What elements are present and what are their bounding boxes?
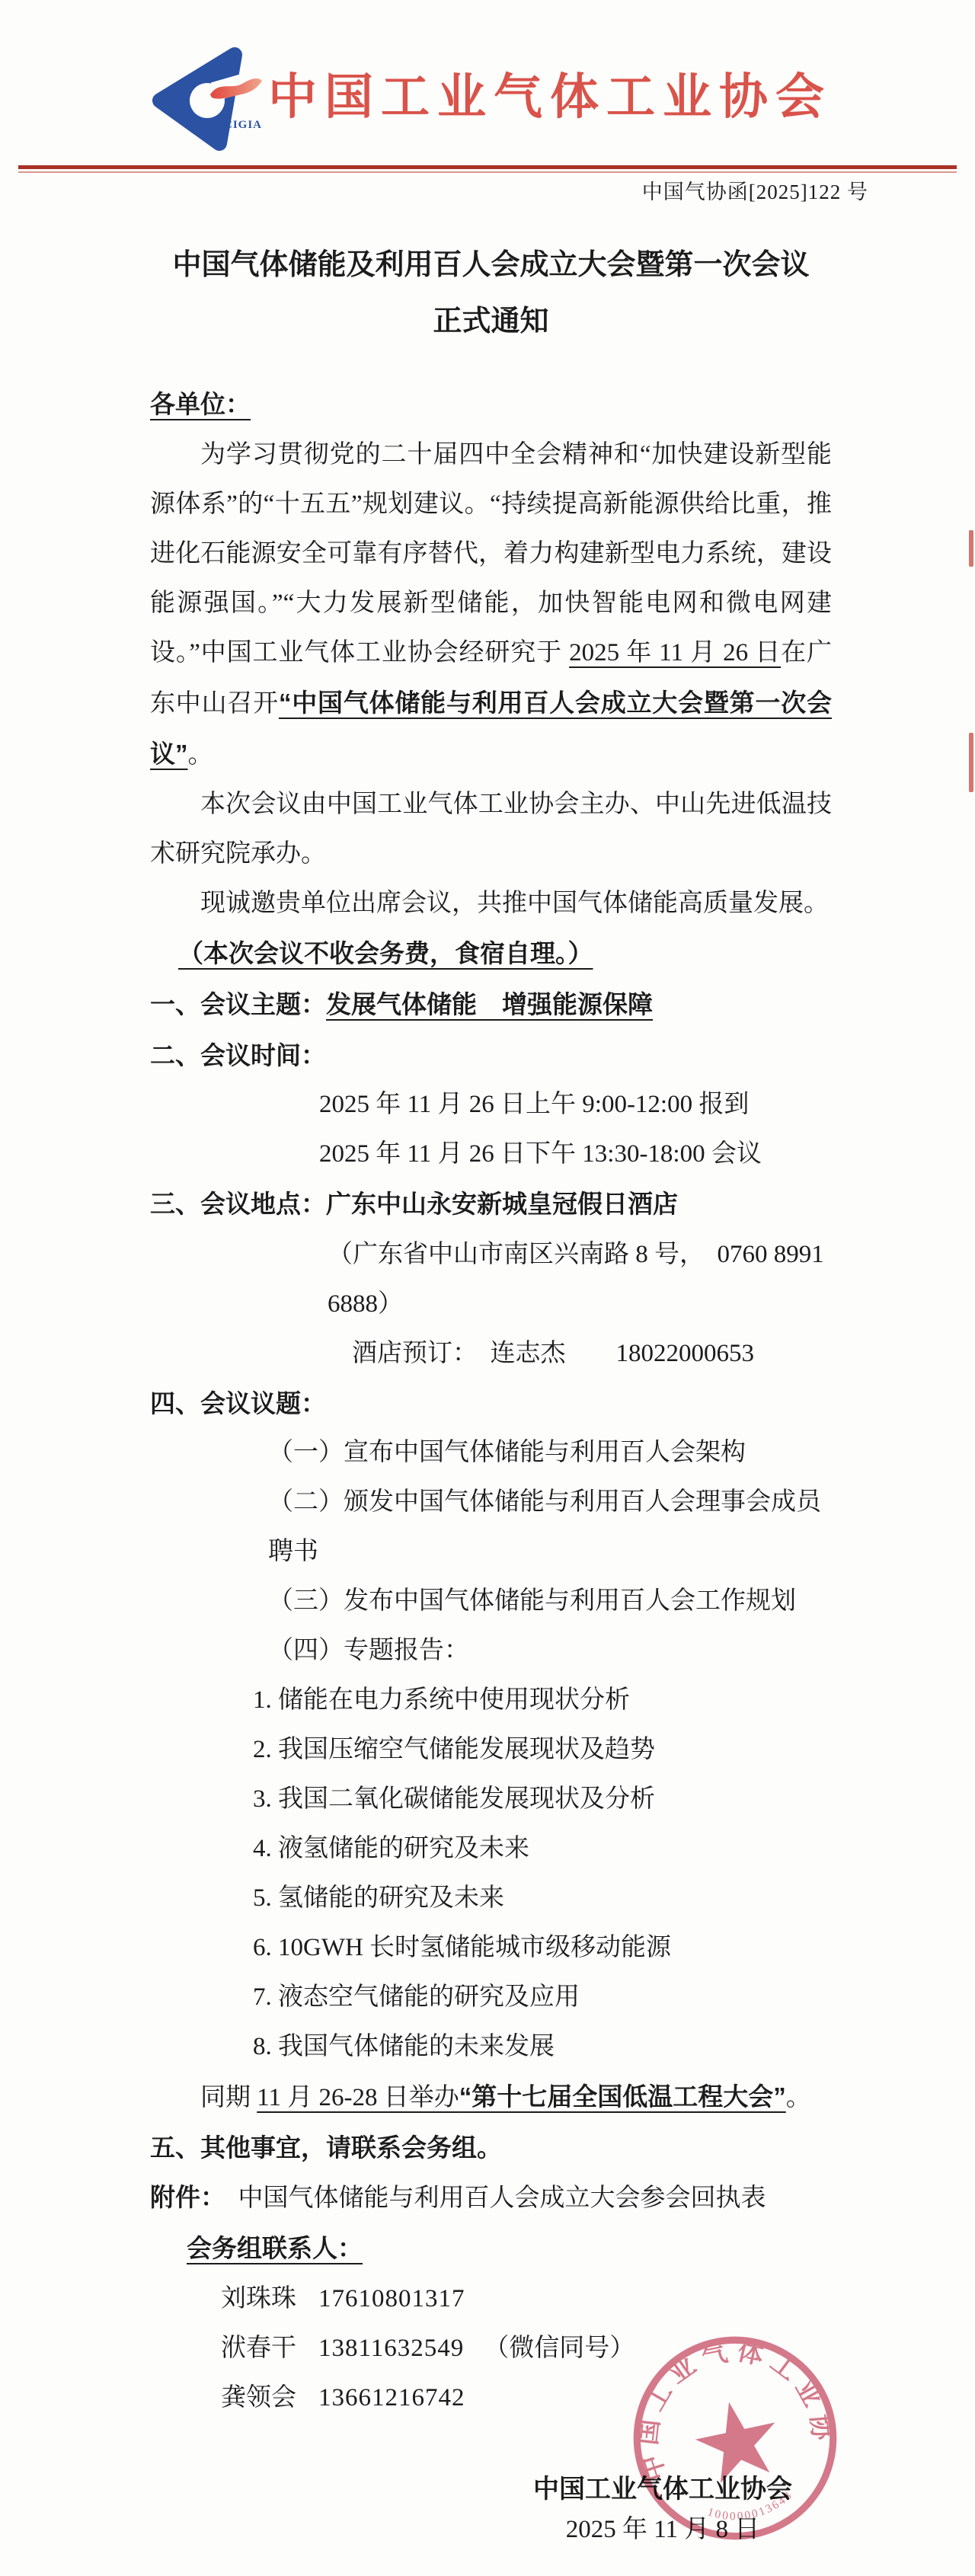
salutation: 各单位：: [150, 381, 832, 430]
report-item: 3. 我国二氧化碳储能发展现状及分析: [150, 1775, 832, 1824]
section-3-venue: 三、会议地点：广东中山永安新城皇冠假日酒店: [150, 1179, 832, 1230]
report-item: 8. 我国气体储能的未来发展: [150, 2022, 832, 2072]
report-item: 2. 我国压缩空气储能发展现状及趋势: [150, 1725, 832, 1775]
report-item: 7. 液态空气储能的研究及应用: [150, 1973, 832, 2022]
venue-address: （广东省中山市南区兴南路 8 号， 0760 8991 6888）: [150, 1230, 832, 1329]
venue-name: 广东中山永安新城皇冠假日酒店: [326, 1190, 678, 1218]
paragraph-invitation: 现诚邀贵单位出席会议，共推中国气体储能高质量发展。: [150, 879, 832, 928]
cryogenic-congress-name: “第十七届全国低温工程大会”: [459, 2082, 786, 2111]
report-item: 5. 氢储能的研究及未来: [150, 1874, 832, 1923]
scanned-notice-page: CIGIA 中国工业气体工业协会 中国气协函[2025]122 号 中国气体储能…: [0, 0, 975, 2576]
report-item: 1. 储能在电力系统中使用现状分析: [150, 1676, 832, 1725]
agenda-item: （二）颁发中国气体储能与利用百人会理事会成员聘书: [150, 1478, 832, 1577]
letterhead-org-name: 中国工业气体工业协会: [268, 58, 847, 128]
attachment-line: 附件： 中国气体储能与利用百人会成立大会参会回执表: [150, 2172, 832, 2223]
report-item: 4. 液氢储能的研究及未来: [150, 1824, 832, 1874]
contact-row: 刘珠珠17610801317: [150, 2274, 832, 2324]
meeting-time-afternoon: 2025 年 11 月 26 日下午 13:30-18:00 会议: [150, 1130, 832, 1179]
contacts-header: 会务组联系人：: [150, 2223, 832, 2274]
cigia-logo-icon: CIGIA: [142, 46, 270, 151]
letterhead-rule-shadow: [18, 171, 957, 173]
meeting-date-underlined: 2025 年 11 月 26 日: [569, 639, 781, 666]
meeting-time-morning: 2025 年 11 月 26 日上午 9:00-12:00 报到: [150, 1080, 832, 1130]
official-seal-stamp: 中国工业气体工业协会 100000013648: [606, 2309, 864, 2567]
fee-note: （本次会议不收会务费，食宿自理。）: [150, 928, 832, 980]
paragraph-organizers: 本次会议由中国工业气体工业协会主办、中山先进低温技术研究院承办。: [150, 780, 832, 879]
report-item: 6. 10GWH 长时氢储能城市级移动能源: [150, 1923, 832, 1973]
section-4-agenda-label: 四、会议议题：: [150, 1379, 832, 1428]
agenda-item: （三）发布中国气体储能与利用百人会工作规划: [150, 1577, 832, 1626]
hotel-booking-contact: 酒店预订： 连志杰 18022000653: [150, 1329, 832, 1379]
section-5-other: 五、其他事宜，请联系会务组。: [150, 2123, 832, 2172]
notice-body: 各单位： 为学习贯彻党的二十届四中全会精神和“加快建设新型能源体系”的“十五五”…: [150, 381, 832, 2423]
seal-star-icon: [689, 2394, 785, 2487]
paragraph-intro: 为学习贯彻党的二十届四中全会精神和“加快建设新型能源体系”的“十五五”规划建议。…: [150, 430, 832, 780]
notice-title-line2: 正式通知: [150, 297, 832, 339]
scan-artifact-mark: [969, 733, 973, 792]
attachment-title: 中国气体储能与利用百人会成立大会参会回执表: [238, 2184, 766, 2212]
scan-artifact-mark: [969, 530, 973, 567]
agenda-item: （一）宣布中国气体储能与利用百人会架构: [150, 1428, 832, 1478]
agenda-item: （四）专题报告：: [150, 1626, 832, 1676]
concurrent-event-note: 同期 11 月 26-28 日举办“第十七届全国低温工程大会”。: [150, 2072, 832, 2123]
logo-acronym: CIGIA: [224, 119, 262, 131]
meeting-theme: 发展气体储能 增强能源保障: [326, 990, 653, 1018]
notice-title-line1: 中国气体储能及利用百人会成立大会暨第一次会议: [150, 241, 832, 283]
document-number: 中国气协函[2025]122 号: [642, 175, 868, 205]
section-2-time-label: 二、会议时间：: [150, 1031, 832, 1080]
section-1-theme: 一、会议主题：发展气体储能 增强能源保障: [150, 980, 832, 1031]
letterhead-rule: [18, 165, 957, 169]
